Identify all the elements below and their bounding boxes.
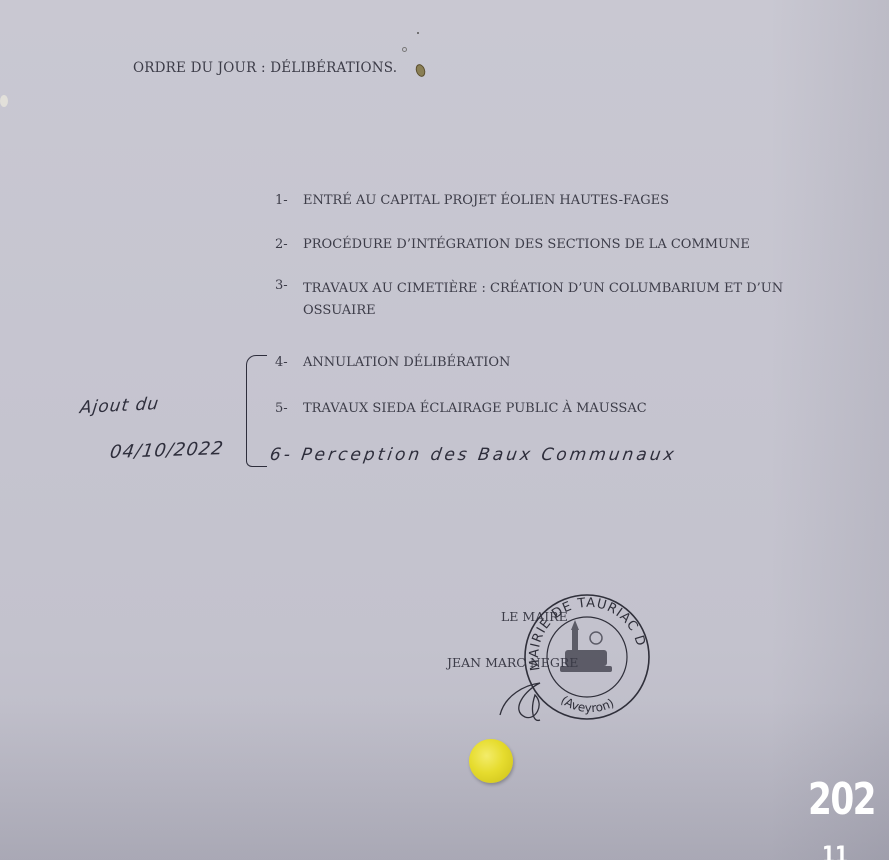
agenda-item: 2-PROCÉDURE D’INTÉGRATION DES SECTIONS D…: [275, 237, 750, 252]
shadow: [0, 700, 889, 860]
item-number: 3-: [275, 278, 303, 293]
item-number: 4-: [275, 355, 303, 370]
agenda-item: 1-ENTRÉ AU CAPITAL PROJET ÉOLIEN HAUTES-…: [275, 193, 669, 208]
document-photo: ORDRE DU JOUR : DÉLIBÉRATIONS. 1-ENTRÉ A…: [0, 0, 889, 860]
date-overlay-year: 202: [808, 778, 875, 822]
paper-mark: [0, 95, 8, 107]
item-text: ANNULATION DÉLIBÉRATION: [303, 355, 510, 370]
agenda-item: 4-ANNULATION DÉLIBÉRATION: [275, 355, 510, 370]
item-text: TRAVAUX AU CIMETIÈRE : CRÉATION D’UN COL…: [303, 278, 803, 322]
signature-scribble: [495, 665, 575, 725]
handwritten-item-6: 6- Perception des Baux Communaux: [269, 445, 678, 465]
handwritten-bracket: [246, 355, 267, 467]
page-title: ORDRE DU JOUR : DÉLIBÉRATIONS.: [133, 60, 397, 76]
handwritten-date: 04/10/2022: [109, 438, 226, 463]
agenda-item: 3-TRAVAUX AU CIMETIÈRE : CRÉATION D’UN C…: [275, 278, 803, 322]
item-text: PROCÉDURE D’INTÉGRATION DES SECTIONS DE …: [303, 237, 750, 252]
item-text: ENTRÉ AU CAPITAL PROJET ÉOLIEN HAUTES-FA…: [303, 193, 669, 208]
item-text: TRAVAUX SIEDA ÉCLAIRAGE PUBLIC À MAUSSAC: [303, 401, 647, 416]
speck: [414, 63, 427, 78]
item-number: 1-: [275, 193, 303, 208]
agenda-item: 5-TRAVAUX SIEDA ÉCLAIRAGE PUBLIC À MAUSS…: [275, 401, 647, 416]
date-overlay-partial: 11: [822, 843, 848, 860]
handwritten-note: Ajout du: [79, 394, 161, 418]
speck: [417, 32, 419, 34]
item-number: 2-: [275, 237, 303, 252]
yellow-pushpin: [469, 739, 513, 783]
speck: [402, 47, 407, 52]
item-number: 5-: [275, 401, 303, 416]
